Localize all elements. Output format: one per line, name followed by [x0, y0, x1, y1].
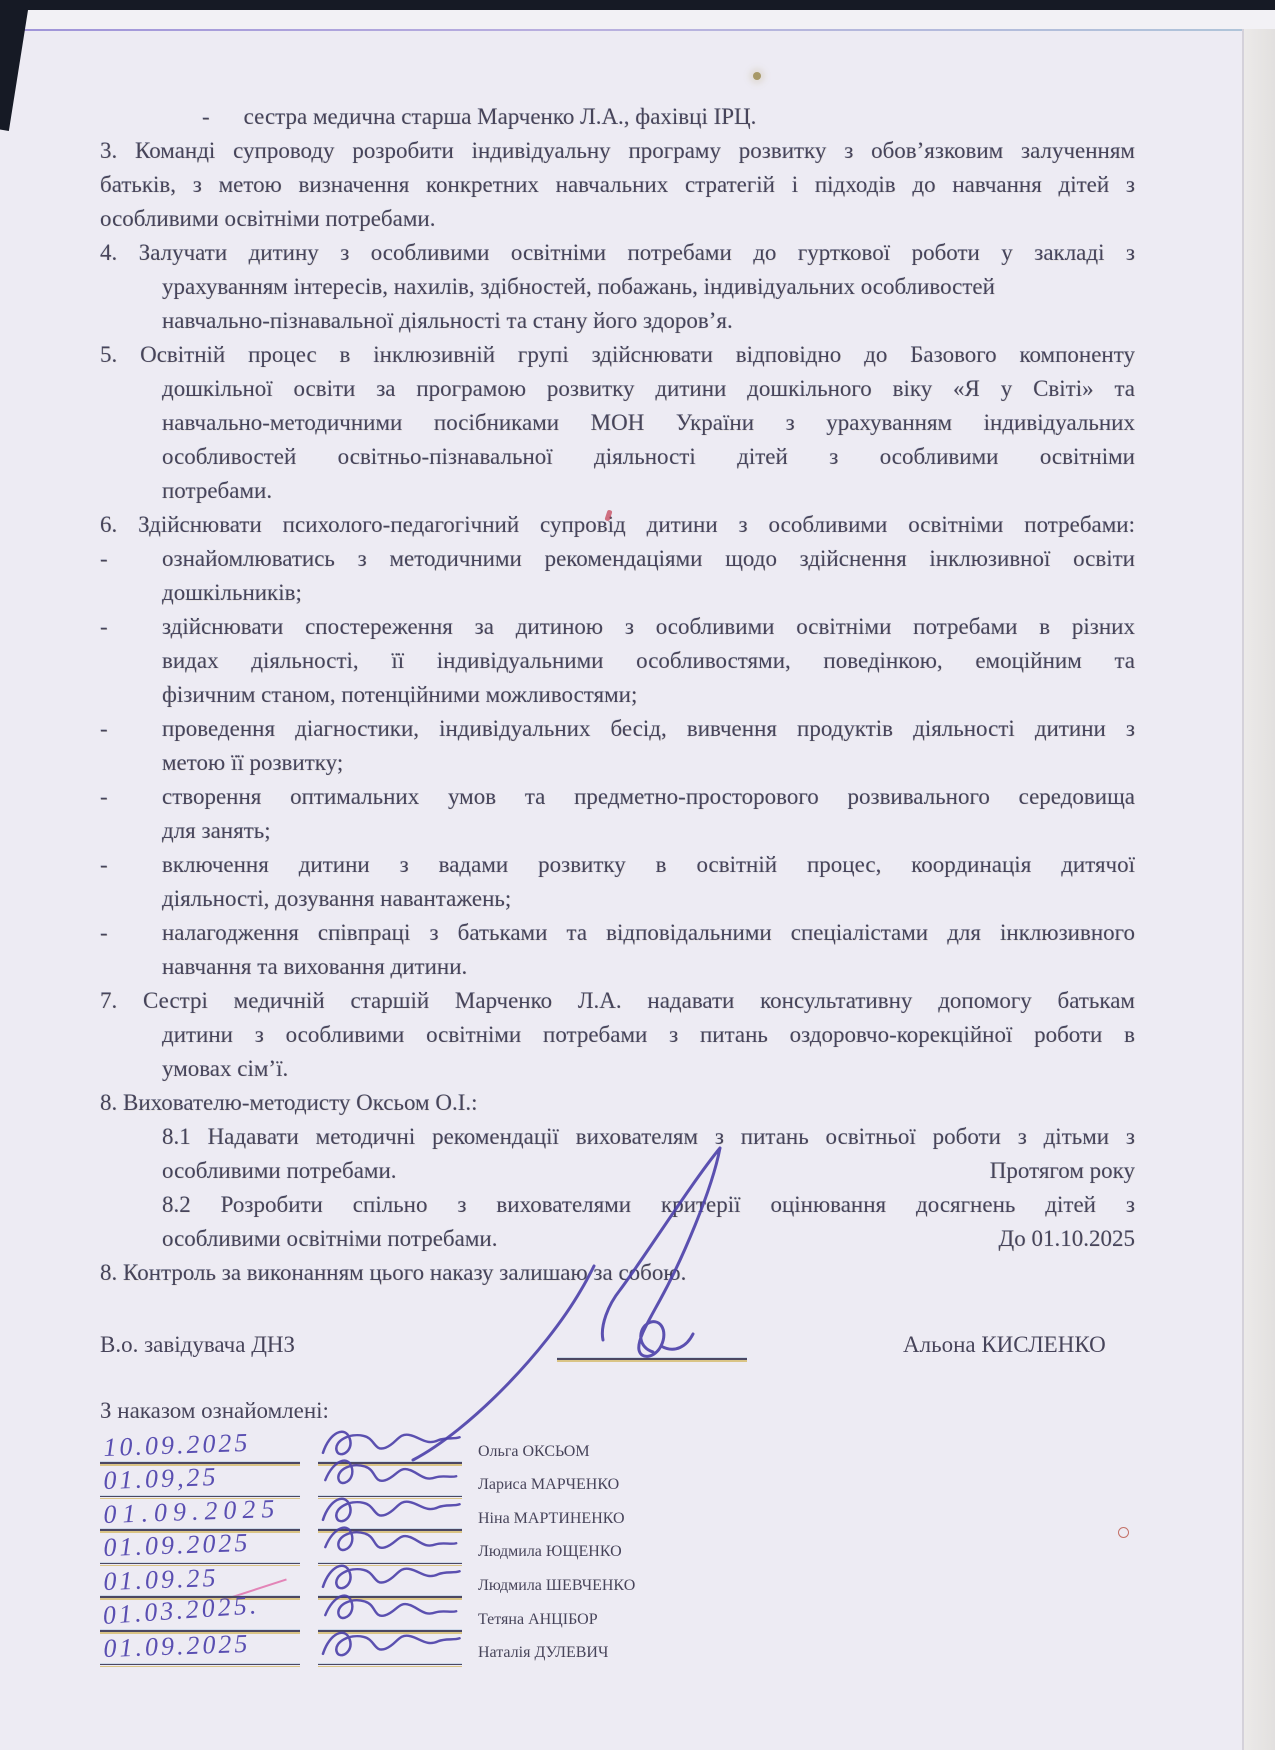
- deadline-text: До 01.10.2025: [999, 1222, 1135, 1256]
- deadline-text: Протягом року: [990, 1154, 1135, 1188]
- signatory-name: Людмила ЮЩЕНКО: [478, 1543, 622, 1561]
- body-line: батьків, з метою визначення конкретних н…: [100, 168, 1135, 202]
- list-dash: -: [100, 916, 108, 950]
- body-line: фізичним станом, потенційними можливостя…: [100, 678, 1135, 712]
- body-line: 8. Вихователю-методисту Оксьом О.І.:: [100, 1086, 1135, 1120]
- body-line: -ознайомлюватись з методичними рекоменда…: [100, 542, 1135, 576]
- body-line: метою її розвитку;: [100, 746, 1135, 780]
- ack-date-handwritten: 01.09.25: [103, 1563, 219, 1597]
- scanner-band: [0, 10, 1275, 29]
- scanner-edge-top: [0, 0, 1275, 10]
- signatory-name: Наталія ДУЛЕВИЧ: [478, 1644, 608, 1662]
- date-line: [100, 1664, 300, 1666]
- body-line: 8.1 Надавати методичні рекомендації вихо…: [100, 1120, 1135, 1154]
- body-line: дошкільної освіти за програмою розвитку …: [100, 372, 1135, 406]
- ack-table: 10.09.2025 Ольга ОКСЬОМ 01.09,25 Лариса …: [100, 1430, 800, 1665]
- ack-date-handwritten: 10.09.2025: [103, 1427, 251, 1462]
- body-line: -налагодження співпраці з батьками та ві…: [100, 916, 1135, 950]
- director-signature-line: [557, 1358, 747, 1360]
- ack-date-handwritten: 01.09.2025: [103, 1494, 281, 1530]
- body-line: 8.2 Розробити спільно з вихователями кри…: [100, 1188, 1135, 1222]
- signatory-name: Тетяна АНЦІБОР: [478, 1611, 598, 1629]
- ack-date-handwritten: 01.09,25: [103, 1462, 219, 1496]
- list-dash: -: [100, 848, 108, 882]
- body-line: 4. Залучати дитину з особливими освітнім…: [100, 236, 1135, 270]
- body-line: потребами.: [100, 474, 1135, 508]
- red-ring-mark: [1118, 1527, 1129, 1538]
- body-line: дитини з особливими освітніми потребами …: [100, 1018, 1135, 1052]
- list-dash: -: [100, 610, 108, 644]
- ack-date-handwritten: 01.09.2025: [103, 1629, 251, 1664]
- body-line: 3. Команді супроводу розробити індивідуа…: [100, 134, 1135, 168]
- body-line: -проведення діагностики, індивідуальних …: [100, 712, 1135, 746]
- body-line: -включення дитини з вадами розвитку в ос…: [100, 848, 1135, 882]
- body-line: навчання та виховання дитини.: [100, 950, 1135, 984]
- signature-ink: [307, 1609, 474, 1673]
- body-line: урахуванням інтересів, нахилів, здібност…: [100, 270, 1135, 304]
- body-line: особливими освітніми потребами.: [100, 202, 1135, 236]
- director-name: Альона КИСЛЕНКО: [903, 1332, 1106, 1358]
- body-line: діяльності, дозування навантажень;: [100, 882, 1135, 916]
- body-line: видах діяльності, її індивідуальними осо…: [100, 644, 1135, 678]
- body-line: умовах сім’ї.: [100, 1052, 1135, 1086]
- ink-speck: [753, 72, 761, 80]
- scan-hairline: [16, 29, 1242, 31]
- body-line: особливими потребами.Протягом року: [100, 1154, 1135, 1188]
- list-dash: -: [100, 780, 108, 814]
- signatory-name: Лариса МАРЧЕНКО: [478, 1476, 619, 1494]
- ack-heading: З наказом ознайомлені:: [100, 1398, 329, 1424]
- body-line: для занять;: [100, 814, 1135, 848]
- signatory-name: Людмила ШЕВЧЕНКО: [478, 1577, 635, 1595]
- ack-date-handwritten: 01.09.2025: [103, 1528, 251, 1563]
- page-edge-line: [1242, 29, 1244, 1750]
- body-line: -створення оптимальних умов та предметно…: [100, 780, 1135, 814]
- body-line: -сестра медична старша Марченко Л.А., фа…: [100, 100, 1135, 134]
- body-line: особливостей освітньо-пізнавальної діяль…: [100, 440, 1135, 474]
- body-line: 5. Освітній процес в інклюзивній групі з…: [100, 338, 1135, 372]
- body-line: особливими освітніми потребами.До 01.10.…: [100, 1222, 1135, 1256]
- body-line: -здійснювати спостереження за дитиною з …: [100, 610, 1135, 644]
- signatory-name: Ольга ОКСЬОМ: [478, 1443, 590, 1461]
- list-dash: -: [100, 542, 108, 576]
- body-line: 6. Здійснювати психолого-педагогічний су…: [100, 508, 1135, 542]
- scan-margin-right: [1243, 29, 1275, 1750]
- body-line: навчально-пізнавальної діяльності та ста…: [100, 304, 1135, 338]
- body-line: 8. Контроль за виконанням цього наказу з…: [100, 1256, 1135, 1290]
- order-body: -сестра медична старша Марченко Л.А., фа…: [100, 100, 1135, 1290]
- director-title: В.о. завідувача ДНЗ: [100, 1332, 295, 1358]
- list-dash: -: [202, 104, 210, 129]
- body-line: 7. Сестрі медичній старшій Марченко Л.А.…: [100, 984, 1135, 1018]
- scanned-page: -сестра медична старша Марченко Л.А., фа…: [0, 0, 1275, 1750]
- body-line: дошкільників;: [100, 576, 1135, 610]
- list-dash: -: [100, 712, 108, 746]
- ack-row: 01.09.2025 Наталія ДУЛЕВИЧ: [100, 1632, 800, 1666]
- signatory-name: Ніна МАРТИНЕНКО: [478, 1510, 625, 1528]
- body-line: навчально-методичними посібниками МОН Ук…: [100, 406, 1135, 440]
